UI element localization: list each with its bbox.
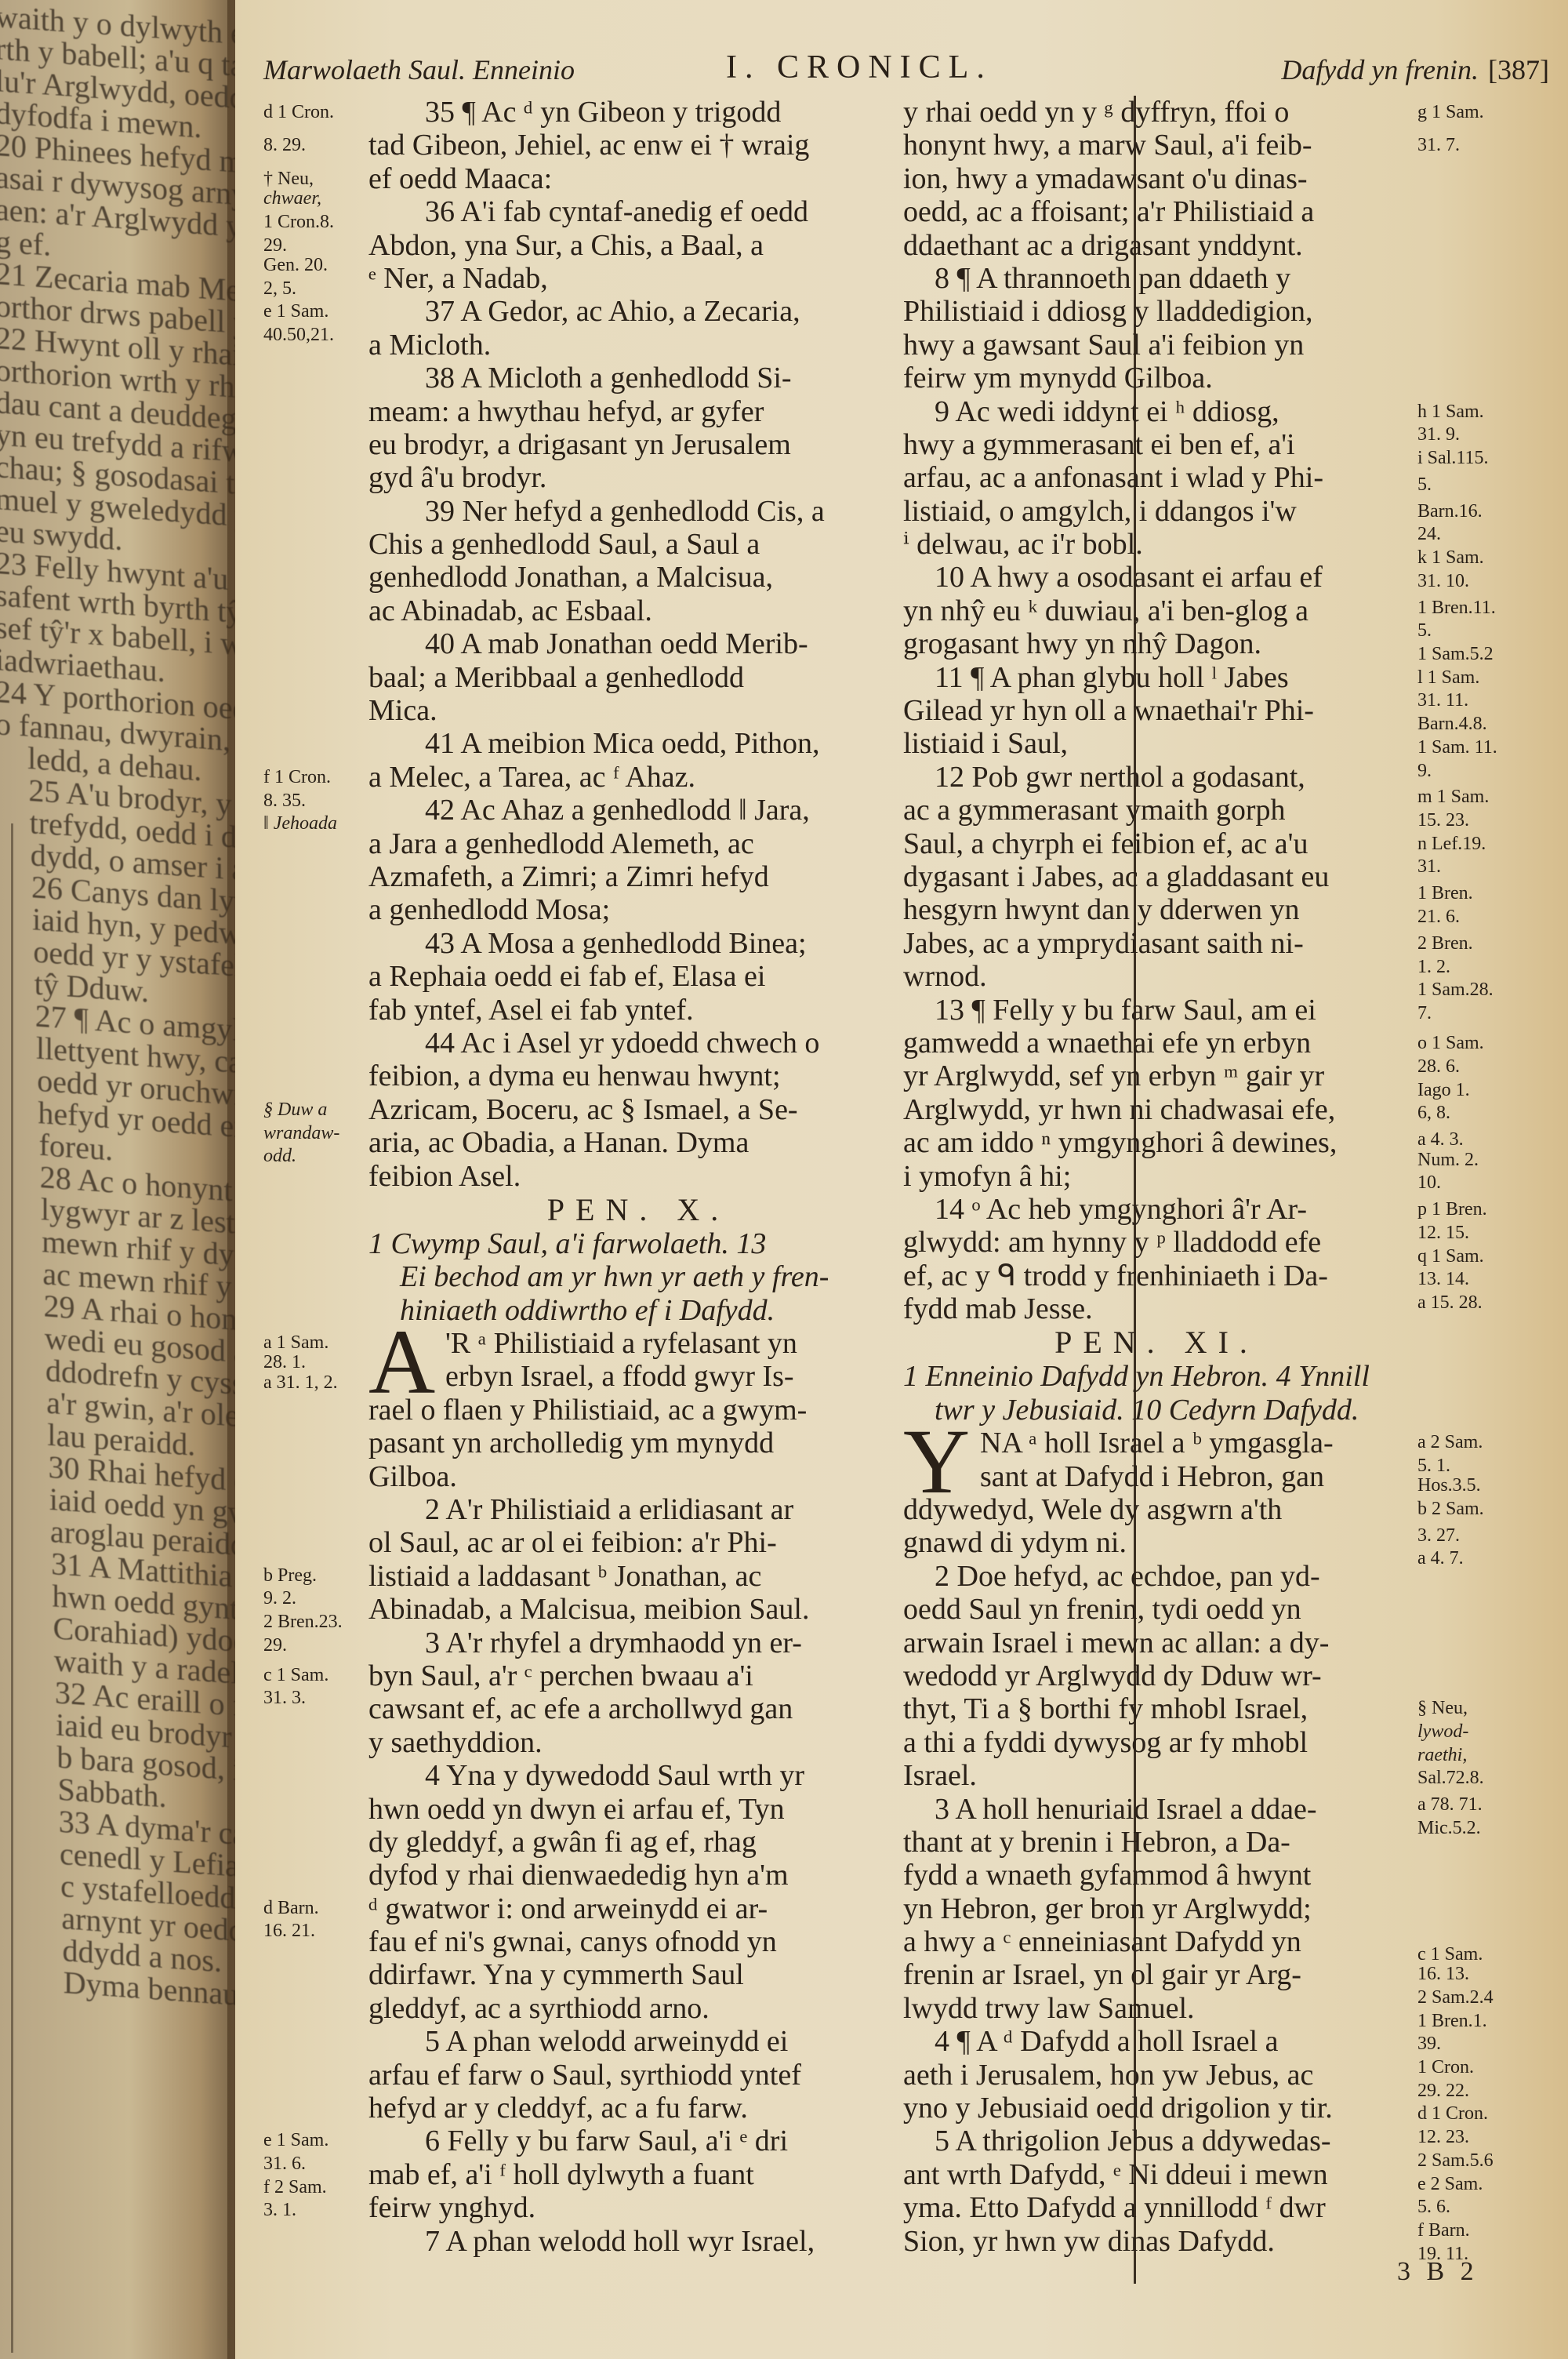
chapter-summary-line: twr y Jebusiaid. 10 Cedyrn Dafydd. <box>903 1394 1410 1427</box>
verse-start-line: 43 A Mosa a genhedlodd Binea; <box>368 927 908 960</box>
text-line: Chis a genhedlodd Saul, a Saul a <box>368 528 908 561</box>
margin-reference-note: 2, 5. <box>263 278 296 299</box>
margin-reference-note: 1 Sam. 11. <box>1417 737 1497 758</box>
margin-reference-note: 31. 9. <box>1417 424 1460 445</box>
verse-start-line: 3 A'r rhyfel a drymhaodd yn er- <box>368 1627 908 1659</box>
margin-reference-note: 3. 27. <box>1417 1525 1460 1546</box>
text-line: y rhai oedd yn y ᵍ dyffryn, ffoi o <box>903 96 1410 129</box>
text-line: rael o flaen y Philistiaid, ac a gwym- <box>368 1394 908 1427</box>
text-line: Saul, a chyrph ei feibion ef, ac a'u <box>903 827 1410 860</box>
verse-start-line: 4 Yna y dywedodd Saul wrth yr <box>368 1759 908 1792</box>
verse-start-line: 2 Doe hefyd, ac echdoe, pan yd- <box>903 1560 1410 1593</box>
verse-start-line: 37 A Gedor, ac Ahio, a Zecaria, <box>368 295 908 328</box>
text-line: Jabes, ac a ymprydiasant saith ni- <box>903 927 1410 960</box>
header-left-title: Marwolaeth Saul. Enneinio <box>263 53 575 86</box>
text-line: feirw ym mynydd Gilboa. <box>903 362 1410 394</box>
verse-start-line: 5 A thrigolion Jebus a ddywedas- <box>903 2125 1410 2157</box>
text-line: hwy a gawsant Saul a'i feibion yn <box>903 329 1410 362</box>
text-line: listiaid, o amgylch, i ddangos i'w <box>903 495 1410 528</box>
margin-reference-note: Hos.3.5. <box>1417 1475 1481 1496</box>
drop-capital: Y <box>903 1423 970 1501</box>
text-line: Azricam, Boceru, ac § Ismael, a Se- <box>368 1093 908 1126</box>
margin-reference-note: q 1 Sam. <box>1417 1246 1484 1267</box>
margin-reference-note: 29. <box>263 1635 287 1656</box>
margin-reference-note: 5. 6. <box>1417 2197 1450 2217</box>
margin-reference-note: 31. 6. <box>263 2154 306 2174</box>
text-line: arwain Israel i mewn ac allan: a dy- <box>903 1627 1410 1659</box>
text-line: a Micloth. <box>368 329 908 362</box>
text-line: listiaid i Saul, <box>903 727 1410 760</box>
text-line: mab ef, a'i ᶠ holl dylwyth a fuant <box>368 2158 908 2191</box>
margin-reference-note: 2 Sam.2.4 <box>1417 1987 1494 2008</box>
page-number: [387] <box>1488 54 1549 85</box>
text-line: Sion, yr hwn yw dinas Dafydd. <box>903 2225 1410 2258</box>
text-line: gnawd di ydym ni. <box>903 1526 1410 1559</box>
chapter-summary-line: 1 Enneinio Dafydd yn Hebron. 4 Ynnill <box>903 1360 1410 1393</box>
text-line: hefyd ar y cleddyf, ac a fu farw. <box>368 2092 908 2125</box>
verse-start-line: 9 Ac wedi iddynt ei ʰ ddiosg, <box>903 395 1410 428</box>
text-line: Abinadab, a Malcisua, meibion Saul. <box>368 1593 908 1626</box>
text-line: 'R ᵃ Philistiaid a ryfelasant yn <box>368 1327 908 1360</box>
margin-reference-note: 13. 14. <box>1417 1269 1469 1289</box>
margin-reference-note: 6, 8. <box>1417 1103 1450 1123</box>
margin-reference-note: lywod- <box>1417 1721 1468 1742</box>
verse-start-line: 7 A phan welodd holl wyr Israel, <box>368 2225 908 2258</box>
text-line: frenin ar Israel, yn ol gair yr Arg- <box>903 1958 1410 1991</box>
verse-start-line: 14 ᵒ Ac heb ymgynghori â'r Ar- <box>903 1193 1410 1226</box>
text-line: ef, ac y ᑫ trodd y frenhiniaeth i Da- <box>903 1259 1410 1292</box>
text-line: yn nhŷ eu ᵏ duwiau, a'i ben-glog a <box>903 594 1410 627</box>
chapter-summary-line: hiniaeth oddiwrtho ef i Dafydd. <box>368 1294 908 1327</box>
text-line: arfau ef farw o Saul, syrthiodd yntef <box>368 2059 908 2092</box>
text-line: ᵈ gwatwor i: ond arweinydd ei ar- <box>368 1892 908 1925</box>
header-right-title: Dafydd yn frenin.[387] <box>1281 53 1549 86</box>
margin-reference-note: 9. <box>1417 761 1432 781</box>
margin-reference-note: 5. <box>1417 474 1432 495</box>
margin-reference-note: 24. <box>1417 524 1441 544</box>
text-line: listiaid a laddasant ᵇ Jonathan, ac <box>368 1560 908 1593</box>
book-page: Marwolaeth Saul. Enneinio I. CRONICL. Da… <box>235 0 1568 2359</box>
margin-reference-note: 16. 21. <box>263 1921 315 1941</box>
margin-reference-note: 12. 23. <box>1417 2127 1469 2147</box>
text-line: ddirfawr. Yna y cymmerth Saul <box>368 1958 908 1991</box>
margin-reference-note: 29. <box>263 235 287 256</box>
margin-reference-note: o 1 Sam. <box>1417 1033 1484 1053</box>
margin-reference-note: a 31. 1, 2. <box>263 1372 338 1393</box>
verse-start-line: 40 A mab Jonathan oedd Merib- <box>368 627 908 660</box>
text-line: gleddyf, ac a syrthiodd arno. <box>368 1992 908 2025</box>
text-line: oedd, ac a ffoisant; a'r Philistiaid a <box>903 195 1410 228</box>
margin-reference-note: 10. <box>1417 1172 1441 1193</box>
margin-reference-note: d 1 Cron. <box>1417 2103 1488 2124</box>
text-line: cawsant ef, ac efe a archollwyd gan <box>368 1692 908 1725</box>
text-line: ⁱ delwau, ac i'r bobl. <box>903 528 1410 561</box>
text-line: genhedlodd Jonathan, a Malcisua, <box>368 561 908 594</box>
text-line: y saethyddion. <box>368 1726 908 1759</box>
margin-reference-note: Gen. 20. <box>263 255 328 275</box>
text-line: thyt, Ti a § borthi fy mhobl Israel, <box>903 1692 1410 1725</box>
text-line: gyd â'u brodyr. <box>368 461 908 494</box>
verse-start-line: 12 Pob gwr nerthol a godasant, <box>903 761 1410 794</box>
text-line: eu brodyr, a drigasant yn Jerusalem <box>368 428 908 461</box>
margin-reference-note: 31. 10. <box>1417 571 1469 591</box>
text-line: fab yntef, Asel ei fab yntef. <box>368 994 908 1027</box>
text-line: feirw ynghyd. <box>368 2191 908 2224</box>
verse-start-line: 44 Ac i Asel yr ydoedd chwech o <box>368 1027 908 1060</box>
text-line: fau ef ni's gwnai, canys ofnodd yn <box>368 1925 908 1958</box>
margin-reference-note: a 78. 71. <box>1417 1794 1483 1815</box>
verse-start-line: 5 A phan welodd arweinydd ei <box>368 2025 908 2058</box>
margin-reference-note: ‖ Jehoada <box>263 813 337 834</box>
text-line: ddywedyd, Wele dy asgwrn a'th <box>903 1493 1410 1526</box>
margin-reference-note: d 1 Cron. <box>263 102 334 122</box>
previous-page-text: waith y o dylwyth ei dad,rth y babell; a… <box>0 0 235 2011</box>
text-line: ac Abinadab, ac Esbaal. <box>368 594 908 627</box>
text-line: ol Saul, ac ar ol ei feibion: a'r Phi- <box>368 1526 908 1559</box>
verse-start-line: 8 ¶ A thrannoeth pan ddaeth y <box>903 262 1410 295</box>
text-line: aria, ac Obadia, a Hanan. Dyma <box>368 1126 908 1159</box>
verse-start-line: 3 A holl henuriaid Israel a ddae- <box>903 1793 1410 1826</box>
margin-reference-note: 5. 1. <box>1417 1456 1450 1476</box>
text-line: i ymofyn â hi; <box>903 1160 1410 1193</box>
margin-reference-note: 2 Bren.23. <box>263 1612 343 1632</box>
margin-reference-note: Mic.5.2. <box>1417 1818 1481 1838</box>
margin-reference-note: h 1 Sam. <box>1417 402 1484 422</box>
verse-start-line: 35 ¶ Ac ᵈ yn Gibeon y trigodd <box>368 96 908 129</box>
text-line: hesgyrn hwynt dan y dderwen yn <box>903 893 1410 926</box>
margin-reference-note: § Duw a <box>263 1100 327 1120</box>
text-line: a Jara a genhedlodd Alemeth, ac <box>368 827 908 860</box>
margin-reference-note: Barn.4.8. <box>1417 714 1487 734</box>
margin-reference-note: Sal.72.8. <box>1417 1768 1484 1788</box>
text-line: ac a gymmerasant ymaith gorph <box>903 794 1410 827</box>
text-line: Mica. <box>368 694 908 727</box>
margin-reference-note: 29. 22. <box>1417 2081 1469 2101</box>
text-line: dygasant i Jabes, ac a gladdasant eu <box>903 860 1410 893</box>
margin-reference-note: 1 Bren. <box>1417 883 1473 903</box>
verse-start-line: 39 Ner hefyd a genhedlodd Cis, a <box>368 495 908 528</box>
text-line: yma. Etto Dafydd a ynnillodd ᶠ dwr <box>903 2191 1410 2224</box>
margin-reference-note: f 1 Cron. <box>263 767 331 787</box>
margin-reference-note: 16. 13. <box>1417 1964 1469 1984</box>
margin-reference-note: e 1 Sam. <box>263 301 328 322</box>
margin-reference-note: f 2 Sam. <box>263 2177 327 2197</box>
text-line: oedd Saul yn frenin, tydi oedd yn <box>903 1593 1410 1626</box>
margin-reference-note: n Lef.19. <box>1417 834 1486 854</box>
header-right-text: Dafydd yn frenin. <box>1281 54 1479 85</box>
text-line: ac am iddo ⁿ ymgynghori â dewines, <box>903 1126 1410 1159</box>
text-line: baal; a Meribbaal a genhedlodd <box>368 661 908 694</box>
text-line: dy gleddyf, a gwân fi ag ef, rhag <box>368 1826 908 1859</box>
text-line: Gilboa. <box>368 1460 908 1493</box>
margin-reference-note: 7. <box>1417 1003 1432 1023</box>
margin-reference-note: 40.50,21. <box>263 325 334 345</box>
margin-reference-note: odd. <box>263 1146 296 1166</box>
text-line: a hwy a ᶜ enneiniasant Dafydd yn <box>903 1925 1410 1958</box>
text-line: NA ᵃ holl Israel a ᵇ ymgasgla- <box>903 1427 1410 1459</box>
margin-reference-note: a 2 Sam. <box>1417 1432 1483 1452</box>
text-line: ion, hwy a ymadawsant o'u dinas- <box>903 162 1410 195</box>
text-line: yr Arglwydd, sef yn erbyn ᵐ gair yr <box>903 1060 1410 1092</box>
text-line: pasant yn archolledig ym mynydd <box>368 1427 908 1459</box>
text-line: honynt hwy, a marw Saul, a'i feib- <box>903 129 1410 162</box>
margin-reference-note: d Barn. <box>263 1898 319 1918</box>
margin-reference-note: 1 Sam.5.2 <box>1417 644 1494 664</box>
signature-mark: 3 B 2 <box>1397 2257 1479 2287</box>
margin-reference-note: p 1 Bren. <box>1417 1199 1487 1219</box>
chapter-heading: PEN. XI. <box>903 1325 1410 1360</box>
text-line: ᵉ Ner, a Nadab, <box>368 262 908 295</box>
text-line: Azmafeth, a Zimri; a Zimri hefyd <box>368 860 908 893</box>
text-line: ant wrth Dafydd, ᵉ Ni ddeui i mewn <box>903 2158 1410 2191</box>
text-line: arfau, ac a anfonasant i wlad y Phi- <box>903 461 1410 494</box>
margin-reference-note: 28. 1. <box>263 1352 306 1372</box>
margin-reference-note: 8. 29. <box>263 135 306 155</box>
previous-page-column-rule <box>11 823 13 2353</box>
margin-reference-note: 9. 2. <box>263 1588 296 1608</box>
margin-reference-note: 3. 1. <box>263 2200 296 2220</box>
margin-reference-note: Num. 2. <box>1417 1150 1479 1170</box>
margin-reference-note: 31. 11. <box>1417 690 1468 711</box>
margin-reference-note: 2 Bren. <box>1417 933 1473 954</box>
text-line: a Melec, a Tarea, ac ᶠ Ahaz. <box>368 761 908 794</box>
text-line: Israel. <box>903 1759 1410 1792</box>
margin-reference-note: 31. <box>1417 856 1441 877</box>
text-line: wedodd yr Arglwydd dy Dduw wr- <box>903 1659 1410 1692</box>
margin-reference-note: b 2 Sam. <box>1417 1499 1484 1519</box>
margin-reference-note: 21. 6. <box>1417 907 1460 927</box>
verse-start-line: 2 A'r Philistiaid a erlidiasant ar <box>368 1493 908 1526</box>
margin-reference-note: a 15. 28. <box>1417 1292 1483 1313</box>
margin-reference-note: chwaer, <box>263 188 321 209</box>
verse-start-line: 10 A hwy a osodasant ei arfau ef <box>903 561 1410 594</box>
margin-reference-note: a 1 Sam. <box>263 1332 328 1353</box>
margin-reference-note: c 1 Sam. <box>263 1665 328 1685</box>
left-text-column: 35 ¶ Ac ᵈ yn Gibeon y trigoddtad Gibeon,… <box>368 96 908 2258</box>
margin-reference-note: Iago 1. <box>1417 1080 1470 1100</box>
text-line: Abdon, yna Sur, a Chis, a Baal, a <box>368 229 908 262</box>
right-text-column: y rhai oedd yn y ᵍ dyffryn, ffoi ohonynt… <box>903 96 1410 2258</box>
chapter-summary-line: Ei bechod am yr hwn yr aeth y fren- <box>368 1260 908 1293</box>
margin-reference-note: 39. <box>1417 2034 1441 2054</box>
margin-reference-note: 1 Cron. <box>1417 2057 1474 2077</box>
margin-reference-note: 28. 6. <box>1417 1056 1460 1077</box>
text-line: Gilead yr hyn oll a wnaethai'r Phi- <box>903 694 1410 727</box>
text-line: fydd a wnaeth gyfammod â hwynt <box>903 1859 1410 1892</box>
margin-reference-note: g 1 Sam. <box>1417 102 1484 122</box>
text-line: sant at Dafydd i Hebron, gan <box>903 1460 1410 1493</box>
text-line: yn Hebron, ger bron yr Arglwydd; <box>903 1892 1410 1925</box>
chapter-summary-line: 1 Cwymp Saul, a'i farwolaeth. 13 <box>368 1227 908 1260</box>
verse-start-line: 4 ¶ A ᵈ Dafydd a holl Israel a <box>903 2025 1410 2058</box>
chapter-heading: PEN. X. <box>368 1193 908 1227</box>
text-line: fydd mab Jesse. <box>903 1292 1410 1325</box>
margin-reference-note: 8. 35. <box>263 791 306 811</box>
margin-reference-note: b Preg. <box>263 1565 317 1586</box>
verse-start-line: 41 A meibion Mica oedd, Pithon, <box>368 727 908 760</box>
margin-reference-note: 31. 7. <box>1417 135 1460 155</box>
margin-reference-note: 12. 15. <box>1417 1223 1469 1243</box>
text-line: yno y Jebusiaid oedd drigolion y tir. <box>903 2092 1410 2125</box>
text-line: erbyn Israel, a ffodd gwyr Is- <box>368 1360 908 1393</box>
text-line: feibion Asel. <box>368 1160 908 1193</box>
margin-reference-note: e 1 Sam. <box>263 2130 328 2150</box>
margin-reference-note: 1 Bren.1. <box>1417 2011 1487 2031</box>
text-line: hwn oedd yn dwyn ei arfau ef, Tyn <box>368 1793 908 1826</box>
margin-reference-note: wrandaw- <box>263 1123 339 1143</box>
margin-reference-note: i Sal.115. <box>1417 448 1488 468</box>
previous-page-fragment: waith y o dylwyth ei dad,rth y babell; a… <box>0 0 235 2359</box>
text-line: tad Gibeon, Jehiel, ac enw ei † wraig <box>368 129 908 162</box>
text-line: dyfod y rhai dienwaededig hyn a'm <box>368 1859 908 1892</box>
margin-reference-note: f Barn. <box>1417 2220 1470 2241</box>
text-line: Arglwydd, yr hwn ni chadwasai efe, <box>903 1093 1410 1126</box>
margin-reference-note: e 2 Sam. <box>1417 2174 1483 2194</box>
verse-start-line: 11 ¶ A phan glybu holl ˡ Jabes <box>903 661 1410 694</box>
margin-reference-note: m 1 Sam. <box>1417 787 1489 807</box>
margin-reference-note: 1 Bren.11. <box>1417 598 1496 618</box>
text-line: glwydd: am hynny y ᵖ lladdodd efe <box>903 1226 1410 1259</box>
margin-reference-note: 31. 3. <box>263 1688 306 1708</box>
text-line: feibion, a dyma eu henwau hwynt; <box>368 1060 908 1092</box>
text-line: grogasant hwy yn nhŷ Dagon. <box>903 627 1410 660</box>
margin-reference-note: † Neu, <box>263 169 314 189</box>
margin-reference-note: a 4. 7. <box>1417 1548 1464 1568</box>
text-line: thant at y brenin i Hebron, a Da- <box>903 1826 1410 1859</box>
text-line: a Rephaia oedd ei fab ef, Elasa ei <box>368 960 908 993</box>
margin-reference-note: Barn.16. <box>1417 501 1483 522</box>
text-line: a genhedlodd Mosa; <box>368 893 908 926</box>
text-line: gamwedd a wnaethai efe yn erbyn <box>903 1027 1410 1060</box>
margin-reference-note: a 4. 3. <box>1417 1129 1464 1150</box>
text-line: wrnod. <box>903 960 1410 993</box>
text-line: hwy a gymmerasant ei ben ef, a'i <box>903 428 1410 461</box>
verse-start-line: 36 A'i fab cyntaf-anedig ef oedd <box>368 195 908 228</box>
text-line: ddaethant ac a drigasant ynddynt. <box>903 229 1410 262</box>
drop-capital: A <box>368 1323 435 1401</box>
margin-reference-note: § Neu, <box>1417 1698 1468 1718</box>
text-line: Philistiaid i ddiosg y lladdedigion, <box>903 295 1410 328</box>
margin-reference-note: 5. <box>1417 620 1432 641</box>
verse-start-line: 6 Felly y bu farw Saul, a'i ᵉ dri <box>368 2125 908 2157</box>
text-line: lwydd trwy law Samuel. <box>903 1992 1410 2025</box>
text-line: aeth i Jerusalem, hon yw Jebus, ac <box>903 2059 1410 2092</box>
margin-reference-note: raethi, <box>1417 1745 1467 1765</box>
verse-start-line: 42 Ac Ahaz a genhedlodd ‖ Jara, <box>368 794 908 827</box>
margin-reference-note: 1 Cron.8. <box>263 212 334 232</box>
text-line: a thi a fyddi dywysog ar fy mhobl <box>903 1726 1410 1759</box>
margin-reference-note: c 1 Sam. <box>1417 1944 1483 1965</box>
running-head: Marwolaeth Saul. Enneinio I. CRONICL. Da… <box>263 49 1549 96</box>
margin-reference-note: 1 Sam.28. <box>1417 980 1494 1000</box>
verse-start-line: 38 A Micloth a genhedlodd Si- <box>368 362 908 394</box>
text-line: ef oedd Maaca: <box>368 162 908 195</box>
margin-reference-note: 2 Sam.5.6 <box>1417 2150 1494 2171</box>
verse-start-line: 13 ¶ Felly y bu farw Saul, am ei <box>903 994 1410 1027</box>
margin-reference-note: 1. 2. <box>1417 957 1450 977</box>
header-book-title: I. CRONICL. <box>726 49 993 86</box>
text-line: meam: a hwythau hefyd, ar gyfer <box>368 395 908 428</box>
margin-reference-note: 15. 23. <box>1417 810 1469 831</box>
text-line: byn Saul, a'r ᶜ perchen bwaau a'i <box>368 1659 908 1692</box>
margin-reference-note: l 1 Sam. <box>1417 667 1479 688</box>
margin-reference-note: k 1 Sam. <box>1417 547 1484 568</box>
